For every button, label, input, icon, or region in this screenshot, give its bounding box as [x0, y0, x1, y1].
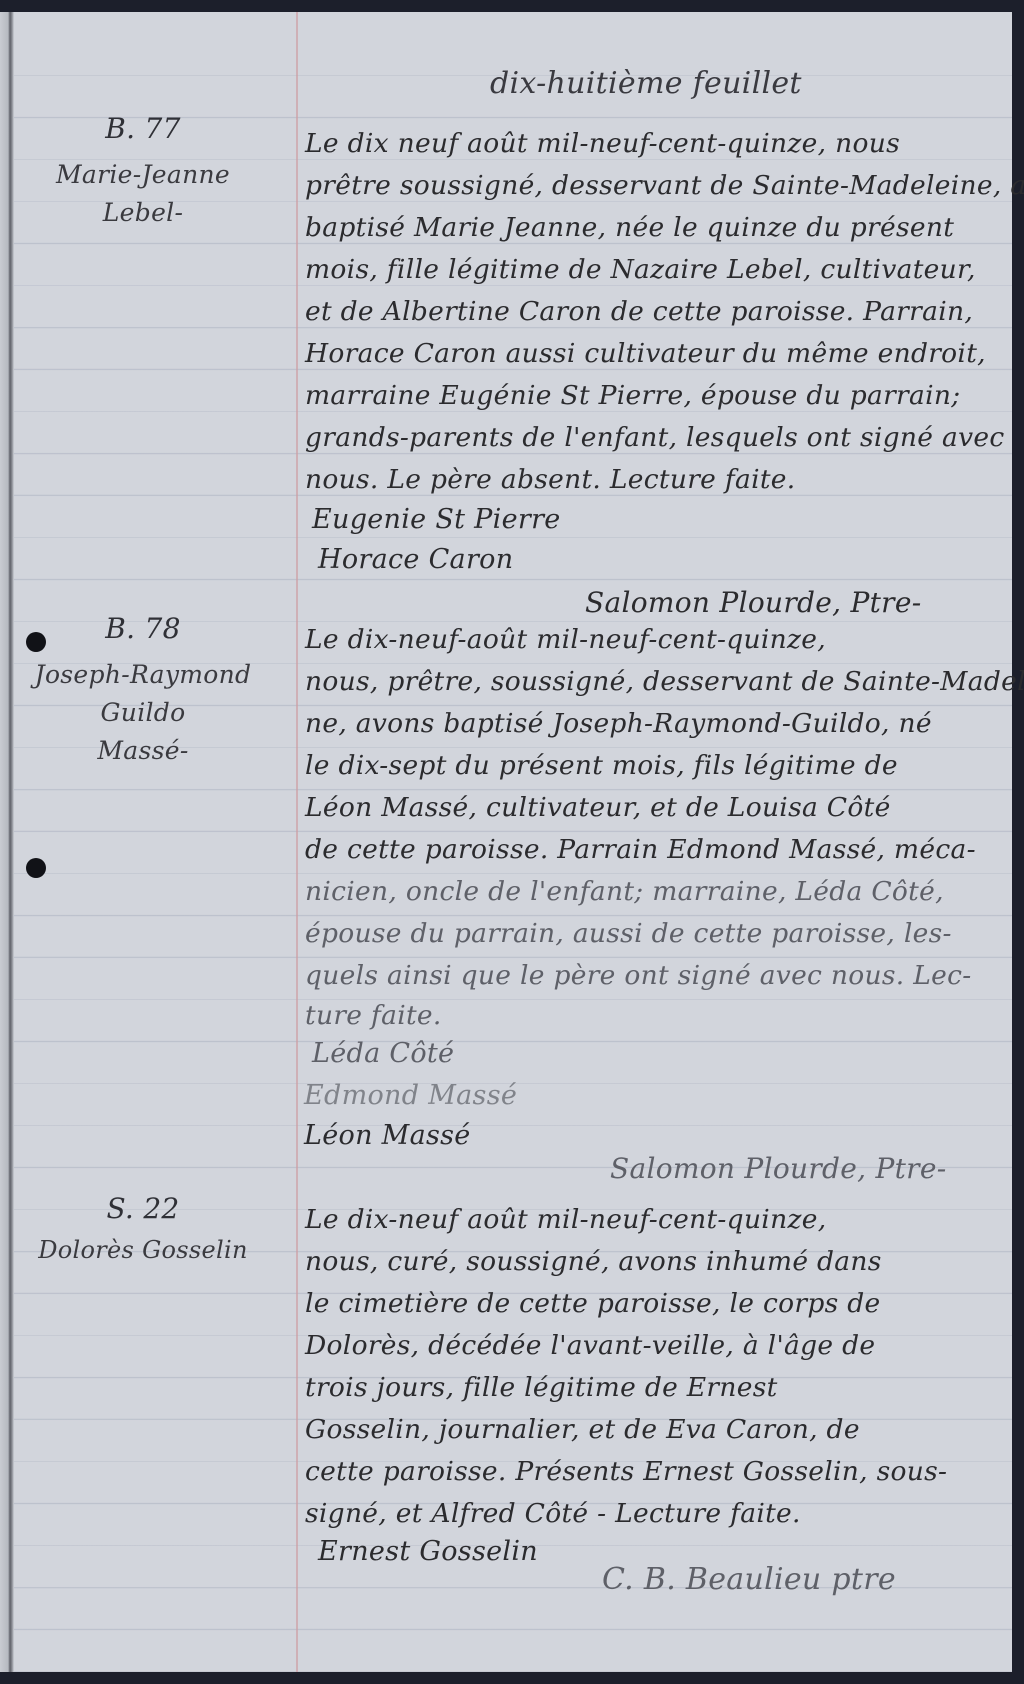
entry-text-line: ture faite. [305, 1000, 442, 1031]
entry-text-line: Léon Massé, cultivateur, et de Louisa Cô… [305, 792, 891, 823]
entry-name-line: Massé- [8, 736, 278, 765]
witness-signature: Ernest Gosselin [318, 1536, 538, 1567]
page-binding-edge [0, 12, 14, 1672]
entry-text-line: trois jours, fille légitime de Ernest [305, 1372, 778, 1403]
entry-text-line: prêtre soussigné, desservant de Sainte-M… [305, 170, 1024, 201]
witness-signature: Horace Caron [318, 544, 513, 575]
entry-text-line: le cimetière de cette paroisse, le corps… [305, 1288, 880, 1319]
entry-text-line: baptisé Marie Jeanne, née le quinze du p… [305, 212, 954, 243]
margin-rule-line [296, 12, 298, 1672]
entry-code: B. 77 [8, 112, 278, 145]
officiant-signature: C. B. Beaulieu ptre [602, 1562, 896, 1597]
entry-text-line: Le dix neuf août mil-neuf-cent-quinze, n… [305, 128, 900, 159]
entry-text-line: grands-parents de l'enfant, lesquels ont… [305, 422, 1005, 453]
entry-text-line: mois, fille légitime de Nazaire Lebel, c… [305, 254, 976, 285]
entry-text-line: Dolorès, décédée l'avant-veille, à l'âge… [305, 1330, 875, 1361]
entry-text-line: Horace Caron aussi cultivateur du même e… [305, 338, 986, 369]
entry-text-line: signé, et Alfred Côté - Lecture faite. [305, 1498, 801, 1529]
entry-text-line: Le dix-neuf août mil-neuf-cent-quinze, [305, 1204, 826, 1235]
witness-signature: Léon Massé [304, 1120, 471, 1151]
entry-code: S. 22 [8, 1192, 278, 1225]
witness-signature: Léda Côté [312, 1038, 454, 1069]
entry-text-line: ne, avons baptisé Joseph-Raymond-Guildo,… [305, 708, 932, 739]
entry-name-line: Dolorès Gosselin [8, 1236, 278, 1264]
entry-text-line: Gosselin, journalier, et de Eva Caron, d… [305, 1414, 860, 1445]
witness-signature: Edmond Massé [304, 1080, 517, 1111]
entry-text-line: de cette paroisse. Parrain Edmond Massé,… [305, 834, 976, 865]
entry-text-line: nicien, oncle de l'enfant; marraine, Léd… [305, 876, 944, 907]
punch-hole-icon [26, 858, 46, 878]
entry-text-line: nous, curé, soussigné, avons inhumé dans [305, 1246, 882, 1277]
entry-text-line: marraine Eugénie St Pierre, épouse du pa… [305, 380, 961, 411]
witness-signature: Eugenie St Pierre [312, 504, 561, 535]
officiant-signature: Salomon Plourde, Ptre- [585, 586, 922, 619]
entry-text-line: le dix-sept du présent mois, fils légiti… [305, 750, 898, 781]
entry-text-line: épouse du parrain, aussi de cette parois… [305, 918, 952, 949]
entry-name-line: Guildo [8, 698, 278, 727]
entry-text-line: nous, prêtre, soussigné, desservant de S… [305, 666, 1024, 697]
entry-text-line: quels ainsi que le père ont signé avec n… [305, 960, 972, 991]
entry-name-line: Lebel- [8, 198, 278, 227]
sheet-heading: dix-huitième feuillet [490, 66, 802, 101]
entry-name-line: Joseph-Raymond [8, 660, 278, 689]
entry-text-line: nous. Le père absent. Lecture faite. [305, 464, 796, 495]
entry-text-line: cette paroisse. Présents Ernest Gosselin… [305, 1456, 947, 1487]
entry-name-line: Marie-Jeanne [8, 160, 278, 189]
register-page: dix-huitième feuillet B. 77 Marie-Jeanne… [0, 12, 1012, 1672]
entry-text-line: Le dix-neuf-août mil-neuf-cent-quinze, [305, 624, 826, 655]
entry-code: B. 78 [8, 612, 278, 645]
entry-text-line: et de Albertine Caron de cette paroisse.… [305, 296, 973, 327]
officiant-signature: Salomon Plourde, Ptre- [610, 1152, 947, 1185]
